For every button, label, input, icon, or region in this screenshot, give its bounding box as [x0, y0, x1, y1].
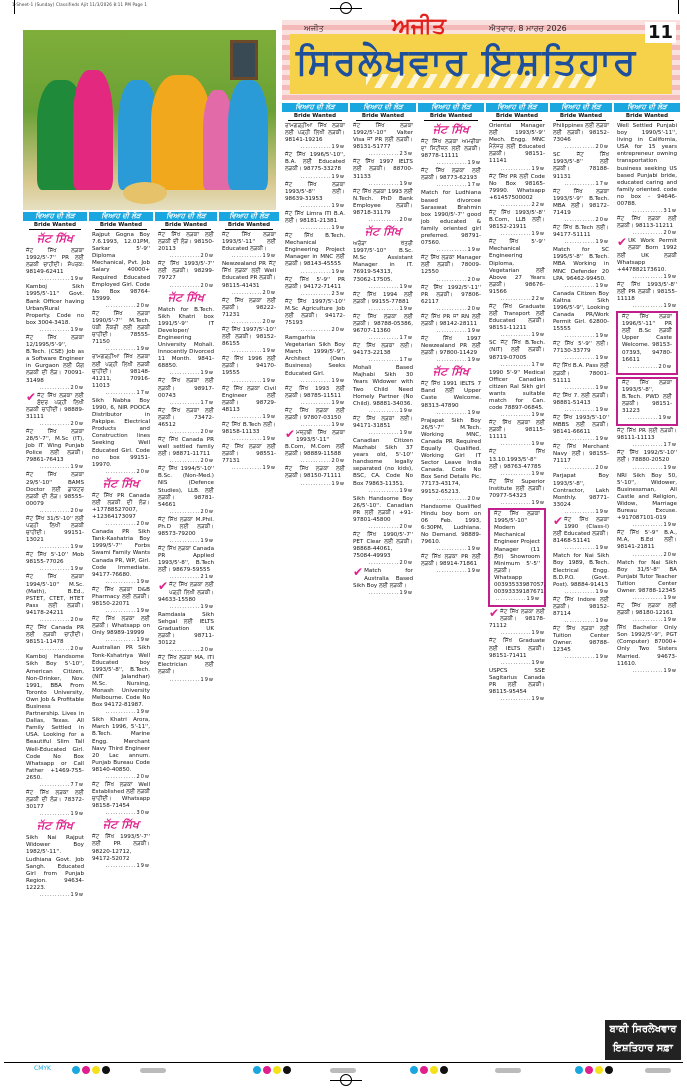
- column-subheader: Bride Wanted: [424, 113, 478, 121]
- ad-text: ਜੱਟ ਸਿੱਖ PR Canada ਲਈ ਲੜਕੀ ਦੀ ਲੋੜ। +1778…: [92, 493, 150, 520]
- classified-ad: Philippines ਲਈ ਲੜਕਾ ਲਈ ਲੜਕੀ। 98152-73046…: [550, 123, 612, 150]
- classified-ad: ਜੱਟ ਸਿੱਖ ਲੜਕਾ 1993/5'-8'', B.Tech. PWD ਲ…: [616, 377, 678, 426]
- classified-ad: ਜੱਟ ਸਿੱਖ ਲੜਕਾ 1993/5'-8'' ਲਈ। 98639-3195…: [282, 182, 348, 209]
- ad-text: ਜੱਟ ਸਿੱਖ 1997/5'-10'' M.Sc Agriculture J…: [285, 299, 345, 326]
- ad-text: ਜੱਟ ਸਿੱਖ 1996/5'-10'', B.A. ਲਈ Educated …: [285, 152, 345, 172]
- ad-word-count: ............20w: [158, 647, 214, 653]
- column-subheader: Bride Wanted: [356, 113, 410, 121]
- ad-word-count: ............19w: [553, 333, 609, 339]
- ad-word-count: ............19w: [553, 545, 609, 551]
- ad-text: ਜੱਟ ਸਿੱਖ 1993 ਲਈ ਲੜਕੀ। 98785-11511: [285, 386, 345, 399]
- column-subheader: Bride Wanted: [161, 222, 211, 230]
- ad-word-count: ............19w: [92, 608, 150, 614]
- classified-ad: ਜੱਟ ਸਿੱਖ 31/5'-10'' ਲਈ ਪੜ੍ਹੀ ਲਿਖੀ ਲੜਕੀ ਚ…: [23, 516, 87, 550]
- ad-text: Ramgarhia Vegetarian Sikh Boy March 1999…: [285, 335, 345, 376]
- ad-text: Prajapat Sikh Boy 26/5'-7'' M.Tech. Work…: [421, 418, 481, 495]
- classified-ad: ਜੱਟ ਸਿੱਖ ਲੜਕਾ Well Established ਲਈ ਲੜਕੀ ਚ…: [89, 782, 153, 816]
- ad-text: ਜੱਟ ਸਿੱਖ ਲੜਕਾ ਲਈ ਲੜਕੀ। 98788-05386, 9670…: [353, 314, 413, 334]
- classified-ad: Prajapat Sikh Boy 26/5'-7'' M.Tech. Work…: [418, 418, 484, 502]
- category-banner: ਜੱਟ ਸਿੱਖ: [350, 225, 416, 239]
- column-header: ਵਿਆਹ ਦੀ ਲੋੜ: [418, 103, 484, 112]
- classified-ad: ਜੱਟ ਸਿੱਖ ਲੜਕਾ ਲਈ ਲੜਕੀ। 98551-77131......…: [219, 444, 279, 471]
- classified-ad: ਜੱਟ ਸਿੱਖ ਲੜਕਾ ਲਈ। 94173-22138...........…: [350, 343, 416, 363]
- ad-word-count: ............17w: [617, 442, 677, 448]
- classified-ad: ਜੱਟ ਸਿੱਖ 5'-9'' B.A., M.A, B.Ed ਲਈ। 9814…: [614, 530, 680, 557]
- ad-column-3: ਵਿਆਹ ਦੀ ਲੋੜBride Wantedਜੱਟ ਸਿੱਖ ਲੜਕਾ ਲਈ …: [155, 212, 217, 1060]
- classified-ad: ਜੱਟ ਸਿੱਖ Indore ਲਈ ਲੜਕੀ। 98152-87114....…: [550, 597, 612, 624]
- ad-word-count: ............19w: [222, 253, 276, 259]
- ad-text: ਜੱਟ ਸਿੱਖ Graduate ਲਈ Transport ਲਈ Educat…: [489, 304, 545, 331]
- ad-word-count: ............19w: [285, 203, 345, 209]
- ad-text: ਜੱਟ ਸਿੱਖ 1992/5'-10'' ਲਈ। 78880-20520: [617, 450, 677, 463]
- ad-text: Australian PR Sikh Tonk-Kshatriya Well E…: [92, 645, 150, 708]
- color-registration-dots: [575, 1066, 613, 1074]
- ad-text: ਜੱਟ ਸਿੱਖ B.Tech ਲਈ। 94177-51111: [553, 225, 609, 238]
- ad-word-count: ............19w: [489, 441, 545, 447]
- classified-ad: ਜੱਟ ਸਿੱਖ ਲੜਕਾ ਲਈ ਲੜਕੀ ਦੀ ਲੋੜ। 78372-3017…: [23, 790, 87, 817]
- classified-ad: Well Settled Punjabi boy 1990/5'-11'', l…: [614, 123, 680, 214]
- classified-ad: ਜੱਟ ਸਿੱਖ ਲੜਕਾ 1994/5'-10'' M.Sc. (Math),…: [23, 574, 87, 623]
- classified-ad: ਜੱਟ ਸਿੱਖ Canada PR well settled family ਲ…: [155, 437, 217, 464]
- ad-word-count: ............19w: [92, 579, 150, 585]
- ad-column-7: ਵਿਆਹ ਦੀ ਲੋੜBride Wantedਜੱਟ ਸਿੱਖਜੱਟ ਸਿੱਖ …: [418, 103, 484, 1060]
- ad-word-count: ............19w: [92, 637, 150, 643]
- ad-text: Handsome Qualified Hindu boy born on 06 …: [421, 504, 481, 545]
- ad-word-count: ............19w: [285, 378, 345, 384]
- ad-text: ਜੱਟ ਸਿੱਖ B.Tech. Mechanical Engineering …: [285, 233, 345, 267]
- classified-ad: ਜੱਟ ਸਿੱਖ ਲੜਕਾ Canada PR Applied 1993/5'-…: [155, 546, 217, 580]
- ad-word-count: ............19w: [353, 306, 413, 312]
- ad-word-count: ............20w: [92, 469, 150, 475]
- ad-text: ਜੱਟ ਸਿੱਖ 5'-9'' PR ਲੜਕੀ। 94172-71411: [285, 277, 345, 290]
- ad-text: ਜੱਟ ਸਿੱਖ ਲੜਕਾ 1990/5'-7'' M.Tech. ਪੱਕੀ ਨ…: [92, 311, 150, 345]
- ad-text: ਜੱਟ ਸਿੱਖ ਲੜਕਾ 1993/5'-8'', B.Tech. PWD ਲ…: [622, 380, 672, 414]
- classified-ad: ਜੱਟ ਸਿੱਖ 1993/5'-8'' B.Com, LLB ਲਈ। 9815…: [486, 210, 548, 237]
- checkmark-icon: ✔: [158, 582, 168, 591]
- classified-ad: ✔UK Work Permit ਲੜਕਾ Born 1992 ਲਈ UK ਲੜਕ…: [614, 238, 680, 279]
- classified-ad: ਜੱਟ ਸਿੱਖ ਲੜਕਾ ਲਈ ਲੜਕੀ। 98788-05386, 9670…: [350, 314, 416, 341]
- column-subheader: Bride Wanted: [288, 113, 342, 121]
- classified-ad: ਜੱਟ ਸਿੱਖ PR ਜਾਂ RN ਲਈ ਲੜਕੀ। 98142-28111.…: [418, 314, 484, 334]
- classified-ad: ਜੱਟ ਸਿੱਖ 5'-9'' Mechanical Engineering D…: [486, 239, 548, 302]
- ad-text: Canada Citizen Boy Kaltna Sikh 1996/5'-9…: [553, 291, 609, 332]
- classified-ad: Match for Nai Sikh Boy 31/5'-8'' BA Punj…: [614, 560, 680, 601]
- ad-text: ਜੱਟ ਸਿੱਖ ਲੜਕਾ ਅਮਰੀਕਾ ਦਾ ਸਿਟੀਜ਼ਨ ਲਈ ਲੜਕੀ।…: [421, 139, 481, 159]
- ad-text: ਜੱਟ ਸਿੱਖ ਲੜਕਾ Well Established ਲਈ ਲੜਕੀ ਚ…: [92, 782, 150, 809]
- classified-ad: ਜੱਟ ਸਿੱਖ ਲੜਕਾ ਲਈ ਲੜਕੀ। 98115-11111......…: [486, 420, 548, 447]
- classified-ad: ਜੱਟ ਸਿੱਖ 1993/5'-7'' ਲਈ PR ਲੜਕੀ। 98220-1…: [89, 834, 153, 868]
- classified-ad: ਜੱਟ ਸਿੱਖ ਲੜਕਾ 1993 ਲਈ N.Tech. PhD Bank E…: [350, 189, 416, 223]
- classified-ad: ਸਿੱਖ Bachelor Only Son 1992/5'-9'', PGT …: [614, 625, 680, 674]
- classified-ad: ਜੱਟ ਸਿੱਖ 7. ਲਈ ਲੜਕੀ। 98881-51413........…: [550, 393, 612, 413]
- section-title: ਸਿਰਲੇਖਵਾਰ ਇਸ਼ਤਿਹਾਰ: [296, 42, 637, 84]
- ad-text: ਜੱਟ ਸਿੱਖ 5'-10'' Mob 98155-77026: [26, 552, 84, 565]
- ad-word-count: ............19w: [26, 811, 84, 817]
- ad-text: Philippines ਲਈ ਲੜਕਾ ਲਈ ਲੜਕੀ। 98152-73046: [553, 123, 609, 143]
- paper-name-small: ਅਜੀਤ: [304, 24, 324, 34]
- ad-text: ਜੱਟ ਸਿੱਖ 1990/5'-7'' PET Clear ਲਈ ਲੜਕੀ। …: [353, 532, 413, 559]
- classified-ad: NRI Sikh Boy 50, 5'-10'', Widower, Busin…: [614, 473, 680, 529]
- ad-text: Canada PR Sikh Tank-Kashatria Boy 1999/5…: [92, 529, 150, 578]
- ad-word-count: ............19w: [353, 284, 413, 290]
- classified-ad: ਜੱਟ ਸਿੱਖ B.Tech. Mechanical Engineering …: [282, 233, 348, 274]
- ad-word-count: ............20w: [285, 458, 345, 464]
- classified-ad: Canada Citizen Boy Kaltna Sikh 1996/5'-9…: [550, 291, 612, 340]
- classified-ad: Ramdasia Sikh Sehgal ਲਈ IELTS Graduation…: [155, 612, 217, 653]
- classified-ad: ਜੱਟ ਸਿੱਖ Limra ITI B.A. ਲਈ। 98181-21381.…: [282, 211, 348, 231]
- ad-word-count: ............19w: [285, 225, 345, 231]
- ad-text: ਜੱਟ ਸਿੱਖ ਲੜਕਾ ਲਈ ਲੜਕੀ। 98115-11111: [489, 420, 545, 440]
- ad-word-count: ............19w: [285, 400, 345, 406]
- painting-illustration: [23, 30, 276, 210]
- classified-ad: ਜੱਟ ਸਿੱਖ ਲੜਕਾ Civil Engineer ਲਈ ਲੜਕੀ। 98…: [219, 386, 279, 420]
- ad-word-count: ............19w: [158, 604, 214, 610]
- ad-word-count: ............19w: [617, 668, 677, 674]
- ad-word-count: ............19w: [92, 709, 150, 715]
- ad-text: ਜੱਟ ਸਿੱਖ ਲੜਕਾ 1993/5'-8'' ਲਈ। 98639-3195…: [285, 182, 345, 202]
- ad-text: ਜੱਟ ਸਿੱਖ ਲੜਕਾ 1996/5'-11'' PR ਲਈ B.Sc ਲੜ…: [622, 314, 672, 363]
- ad-word-count: ............22w: [489, 202, 545, 208]
- classified-ad: ਜੱਟ ਸਿੱਖ 5'-10'' Mob 98155-77026........…: [23, 552, 87, 572]
- ad-word-count: ............17w: [158, 400, 214, 406]
- ad-word-count: ............19w: [285, 144, 345, 150]
- ad-word-count: ............23w: [353, 151, 413, 157]
- ad-word-count: ............19w: [421, 410, 481, 416]
- ad-word-count: ............20w: [92, 521, 150, 527]
- ad-word-count: ............20w: [421, 306, 481, 312]
- ad-text: ਜੱਟ ਸਿੱਖ 1991 IELTS 7 Band ਲਈ Upper Cast…: [421, 381, 481, 408]
- ad-text: Sikh Nai Rajput Widower Boy 1982/5'-11''…: [26, 835, 84, 891]
- ad-word-count: ............19w: [285, 174, 345, 180]
- ad-text: ਜੱਟ ਸਿੱਖ 1997 Newzealand PR ਲਈ ਲੜਕੀ। 978…: [421, 336, 481, 356]
- ad-word-count: ............19w: [489, 166, 545, 172]
- ad-word-count: ............17w: [353, 357, 413, 363]
- ad-word-count: ............17w: [553, 181, 609, 187]
- ad-word-count: ............20w: [158, 509, 214, 515]
- column-header: ਵਿਆਹ ਦੀ ਲੋੜ: [155, 212, 217, 221]
- classified-ad: Handsome Qualified Hindu boy born on 06 …: [418, 504, 484, 553]
- ad-text: ਜੱਟ ਸਿੱਖ ਲੜਕਾ ਲਈ ਲੜਕੀ। 98150-71111: [285, 466, 345, 479]
- ad-word-count: ............19w: [285, 481, 345, 487]
- classified-ad: Ramgarhia Vegetarian Sikh Boy March 1999…: [282, 335, 348, 384]
- classified-ad: ਜੱਟ ਸਿੱਖ ਲੜਕਾ 1992/5'-7'' PR ਲਈ ਲੜਕੀ ਚਾਹ…: [23, 248, 87, 282]
- classified-ad: ਜੱਟ ਸਿੱਖ ਲੜਕਾ ਲਈ ਲੜਕੀ। 98150-71111......…: [282, 466, 348, 486]
- ad-word-count: ............19w: [553, 618, 609, 624]
- ad-text: ਜੱਟ ਸਿੱਖ ਲੜਕਾ ਲਈ ਲੜਕੀ। 98551-77131: [222, 444, 276, 464]
- ad-text: ਜੱਟ ਸਿੱਖ ਲੜਕਾ ਲਈ ਲੜਕੀ ਦੀ ਲੋੜ। 98150-2011…: [158, 232, 214, 252]
- ad-text: ਜੱਟ ਸਿੱਖ ਲੜਕਾ ਲਈ। 94173-22138: [353, 343, 413, 356]
- ad-text: ਜੱਟ ਸਿੱਖ 5'-9'' Mechanical Engineering D…: [489, 239, 545, 295]
- ad-text: ਜੱਟ ਸਿੱਖ ਲੜਕਾ ਲਈ Tuition Center Owner. 9…: [553, 626, 609, 653]
- paper-logo: ਅਜੀਤ: [392, 14, 446, 39]
- ad-word-count: ............20w: [222, 290, 276, 296]
- ad-word-count: ............20w: [285, 327, 345, 333]
- ad-text: ਜੱਟ ਸਿੱਖ ਲੜਕਾ 1992/5'-7'' PR ਲਈ ਲੜਕੀ ਚਾਹ…: [26, 248, 84, 275]
- ad-word-count: ............31w: [617, 208, 677, 214]
- classified-ad: ਰਾਮਗੜ੍ਹੀਆ ਸਿੱਖ ਲੜਕਾ ਲਈ ਪੜ੍ਹੀ ਲਿਖੀ ਲੜਕੀ। …: [282, 123, 348, 150]
- column-header: ਵਿਆਹ ਦੀ ਲੋੜ: [614, 103, 680, 112]
- ad-word-count: ............19w: [421, 160, 481, 166]
- classified-ad: ਜੱਟ ਸਿੱਖ B.A. Pass ਲਈ ਲੜਕੀ। 78001-51111.…: [550, 363, 612, 390]
- ad-text: ਜੱਟ ਸਿੱਖ ਲੜਕਾ ਲਈ ਲੜਕੀ। 97807-03150: [285, 408, 345, 421]
- ad-text: Match for B.Tech. Sikh Khatri box 1991/5…: [158, 307, 214, 370]
- ad-text: Well Settled Punjabi boy 1990/5'-11'', l…: [617, 123, 677, 207]
- ad-word-count: ............19w: [489, 660, 545, 666]
- checkmark-icon: ✔: [26, 393, 36, 402]
- ad-word-count: ............20w: [92, 774, 150, 780]
- classified-ad: ਜੱਟ ਸਿੱਖ ਲੜਕਾ M.Phil. Ph.D ਲਈ ਲੜਕੀ। 9857…: [155, 517, 217, 544]
- ad-text: ਜੱਟ ਸਿੱਖ ਲੜਕਾ Civil Engineer ਲਈ ਲੜਕੀ। 98…: [222, 386, 276, 413]
- classified-ad: USPCS SSE Sagitarius Canada PR ਲਈ ਲੜਕੀ। …: [486, 668, 548, 702]
- ad-text: ਜੱਟ ਸਿੱਖ ਲੜਕਾ 1993/5'-9'' B.Tech. MBA ਲਈ…: [553, 189, 609, 216]
- ad-word-count: ............19w: [489, 412, 545, 418]
- category-banner: ਜੱਟ ਸਿੱਖ: [418, 365, 484, 379]
- ad-text: Canadian Citizen Mazhabi Sikh 37 years o…: [353, 438, 413, 487]
- classified-ad: ਰਾਮਗੜ੍ਹੀਆ ਸਿੱਖ ਲੜਕਾ ਲਈ ਪੜ੍ਹੀ ਲਿਖੀ ਲੜਕੀ ਚ…: [89, 354, 153, 395]
- category-banner: ਜੱਟ ਸਿੱਖ: [155, 291, 217, 305]
- ad-text: SC ਜੱਟ ਸਿੱਖ 1993/5'-8'' ਲਈ ਲੜਕੀ। 78188-9…: [553, 152, 609, 179]
- classified-ad: Match for Ludhiana based divorcee Sarasw…: [418, 190, 484, 253]
- checkmark-icon: ✔: [617, 238, 627, 247]
- ad-word-count: ............17w: [489, 362, 545, 368]
- ad-text: ਜੱਟ ਸਿੱਖ Canada PR ਲਈ ਲੜਕੀ ਚਾਹੀਦੀ। 98151…: [26, 625, 84, 645]
- classified-ad: ਜੱਟ ਸਿੱਖ ਲੜਕਾ MA, ITI Electrician ਲਈ ਲੜਕ…: [155, 655, 217, 682]
- ad-word-count: ............19w: [553, 654, 609, 660]
- classified-ad: ਜੱਟ ਸਿੱਖ B.Tech ਲਈ। 98158-11133.........…: [219, 422, 279, 442]
- classified-ad: ✔ਜੱਟ ਸਿੱਖ ਲੜਕਾ ਲਈ ਸੁੰਦਰ ਪੜ੍ਹੀ ਲਿਖੀ ਲੜਕੀ …: [23, 393, 87, 427]
- ad-word-count: ............17w: [353, 335, 413, 341]
- ad-word-count: ............19w: [494, 596, 540, 602]
- ad-text: ਜੱਟ ਸਿੱਖ 31/5'-10'' ਲਈ ਪੜ੍ਹੀ ਲਿਖੀ ਲੜਕੀ ਚ…: [26, 516, 84, 543]
- ad-word-count: ............19w: [553, 589, 609, 595]
- classified-ad: ਜੱਟ ਸਿੱਖ ਲੜਕਾ 1995/5'-10'' Modern Mechan…: [488, 508, 546, 607]
- classified-ad: ਜੱਟ ਸਿੱਖ ਲੜਕਾ ਲਈ। 94171-31851...........…: [350, 416, 416, 436]
- classified-ad: ਜੱਟ ਸਿੱਖ Canada PR ਲਈ ਲੜਕੀ ਚਾਹੀਦੀ। 98151…: [23, 625, 87, 652]
- ad-word-count: ............19w: [222, 348, 276, 354]
- category-banner: ਜੱਟ ਸਿੱਖ: [23, 232, 87, 246]
- classified-ad: Kamboj Handsome Sikh Boy 5'-10'', Americ…: [23, 654, 87, 788]
- classified-ad: Australian PR Sikh Tonk-Kshatriya Well E…: [89, 645, 153, 715]
- ad-text: 1990 5'-9'' Medical Officer Canadian cit…: [489, 370, 545, 411]
- ad-text: Kamboj Handsome Sikh Boy 5'-10'', Americ…: [26, 654, 84, 781]
- ad-word-count: ............20w: [26, 421, 84, 427]
- classified-ad: ਜੱਟ ਸਿੱਖ 1993/5'-8'' ਲਈ PR ਲੜਕੀ। 98155-1…: [614, 282, 680, 309]
- classified-ad: ਜੱਟ ਸਿੱਖ ਲੜਕਾ 1996/5'-11'' PR ਲਈ B.Sc ਲੜ…: [616, 311, 678, 375]
- ad-word-count: ............19w: [617, 274, 677, 280]
- ad-word-count: ............19w: [222, 436, 276, 442]
- registration-mark: [340, 2, 352, 14]
- category-banner: ਜੱਟ ਸਿੱਖ: [89, 477, 153, 491]
- ad-text: ਜੱਟ ਸਿੱਖ PR ਜਾਂ RN ਲਈ ਲੜਕੀ। 98142-28111: [421, 314, 481, 327]
- ad-column-10: ਵਿਆਹ ਦੀ ਲੋੜBride WantedWell Settled Punj…: [614, 103, 680, 1018]
- ad-word-count: ............19w: [285, 269, 345, 275]
- classified-ad: Mohali Based Majhabi Sikh 30 Years Widow…: [350, 365, 416, 414]
- ad-text: ਜੱਟ ਸਿੱਖ ਲੜਕਾ 1992/5'-10'' Valter Visa ਜ…: [353, 123, 413, 150]
- ad-word-count: ............22w: [489, 296, 545, 302]
- classified-ad: ਜੱਟ ਸਿੱਖ 1990/5'-7'' PET Clear ਲਈ ਲੜਕੀ। …: [350, 532, 416, 566]
- column-header: ਵਿਆਹ ਦੀ ਲੋੜ: [350, 103, 416, 112]
- color-registration-dots: [72, 1066, 110, 1074]
- classified-ad: ਜੱਟ ਸਿੱਖ 5'-9'' ਲਈ। 77130-33779.........…: [550, 341, 612, 361]
- classified-ad: Sikh Nai Rajput Widower Boy 1982/5'-11''…: [23, 835, 87, 898]
- ad-word-count: ............20w: [158, 253, 214, 259]
- ad-word-count: ............19w: [553, 283, 609, 289]
- ad-word-count: ............19w: [421, 546, 481, 552]
- ad-word-count: ............20w: [553, 144, 609, 150]
- ad-column-4: ਵਿਆਹ ਦੀ ਲੋੜBride Wantedਜੱਟ ਸਿੱਖ ਲੜਕਾ 199…: [219, 212, 279, 1060]
- classified-ad: Kamboj Sikh 1995/5'-11'' Govt. Bank Offi…: [23, 284, 87, 333]
- ad-text: ਜੱਟ ਸਿੱਖ ਲੜਕਾ 1993/5'-11'' ਲਈ Educated ਲ…: [222, 232, 276, 252]
- classified-ad: Oriental Manager ਲਈ 1993/5'-9'' Mech. En…: [486, 123, 548, 172]
- ad-column-5: ਵਿਆਹ ਦੀ ਲੋੜBride Wantedਰਾਮਗੜ੍ਹੀਆ ਸਿੱਖ ਲੜ…: [282, 103, 348, 1060]
- ad-text: ਜੱਟ ਸਿੱਖ ਲੜਕਾ ਲਈ ਲੜਕੀ। 98917-00743: [158, 378, 214, 398]
- ad-text: ਜੱਟ ਸਿੱਖ 1992/5'-11'' PR ਲੜਕੀ। 97806-621…: [421, 285, 481, 305]
- ad-text: Rajput Gogna Boy 7.6.1993, 12.01PM, Sark…: [92, 232, 150, 302]
- column-header: ਵਿਆਹ ਦੀ ਲੋੜ: [550, 103, 612, 112]
- window-in-painting: [230, 40, 258, 80]
- classified-ad: ✔Match for Australia Based Sikh Boy ਲਈ ਲ…: [350, 568, 416, 595]
- ad-word-count: ............19w: [222, 378, 276, 384]
- ad-text: ਜੱਟ ਸਿੱਖ 1993/5'-7'' ਲਈ ਲੜਕੀ। 98299-7972…: [158, 261, 214, 281]
- ad-text: Parjapat Boy 1993/5'-8'', Contractor, La…: [553, 473, 609, 507]
- classified-ad: ਜੱਟ ਸਿੱਖ ਲੜਕਾ PR ਲਈ ਲੜਕੀ। 98914-71861...…: [418, 554, 484, 574]
- ad-text: ਸਿੱਖ Bachelor Only Son 1992/5'-9'', PGT …: [617, 625, 677, 666]
- ad-text: USPCS SSE Sagitarius Canada PR ਲਈ ਲੜਕੀ। …: [489, 668, 545, 695]
- classified-ad: Sikh Khatri Arora, March 1996, 5'-11'', …: [89, 717, 153, 780]
- classified-ad: ✔ਜੱਟ ਸਿੱਖ ਲੜਕਾ ਲਈ ਪੜ੍ਹੀ ਲਿਖੀ ਲੜਕੀ। 94633…: [155, 582, 217, 609]
- classified-ad: Parjapat Boy 1993/5'-8'', Contractor, La…: [550, 473, 612, 514]
- ad-word-count: ............19w: [26, 544, 84, 550]
- classified-ad: Rajput Gogna Boy 7.6.1993, 12.01PM, Sark…: [89, 232, 153, 309]
- ad-text: ਜੱਟ ਸਿੱਖ ਲੜਕਾ ਲਈ ਲੜਕੀ। Whatsapp on Only …: [92, 616, 150, 636]
- ad-text: ਜੱਟ ਸਿੱਖ Indore ਲਈ ਲੜਕੀ। 98152-87114: [553, 597, 609, 617]
- ad-text: SC ਜੱਟ ਸਿੱਖ B.Tech. (NIT) ਲਈ ਲੜਕੀ। 98719…: [489, 340, 545, 360]
- continued-promo-box: ਬਾਕੀ ਸਿਰਲੇਖਵਾਰ ਇਸ਼ਤਿਹਾਰ ਸਫ਼ਾ 12 ਤੇ: [605, 1020, 681, 1060]
- color-registration-dots: [253, 1066, 291, 1074]
- ad-text: ਜੱਟ ਸਿੱਖ 13.10.1993/5'-8'' ਲਈ। 98763-477…: [489, 449, 545, 469]
- classified-ad: ਜੱਟ ਸਿੱਖ 1997 IELTS ਲਈ ਲੜਕੀ। 88700-31133…: [350, 159, 416, 186]
- color-registration-dots: [410, 1066, 448, 1074]
- ad-text: ਜੱਟ ਸਿੱਖ 1996 ਲਈ ਲੜਕੀ। 94170-19555: [222, 356, 276, 376]
- ad-text: ਜੱਟ ਸਿੱਖ ਲੜਕਾ MA, ITI Electrician ਲਈ ਲੜਕ…: [158, 655, 214, 675]
- ad-word-count: ............17w: [92, 390, 150, 396]
- column-subheader: Bride Wanted: [556, 113, 606, 121]
- ad-word-count: ............19w: [622, 415, 672, 421]
- classified-ad: ਜੱਟ ਸਿੱਖ ਲੜਕਾ ਲਈ ਲੜਕੀ। 98917-00743......…: [155, 378, 217, 405]
- classified-ad: ਜੱਟ ਸਿੱਖ ਲੜਕਾ D&B Pharmacy ਲਈ ਲੜਕੀ। 9815…: [89, 587, 153, 614]
- ad-text: ਜੱਟ ਸਿੱਖ 1993/5'-8'' B.Com, LLB ਲਈ। 9815…: [489, 210, 545, 230]
- ad-word-count: ............19w: [353, 590, 413, 596]
- cmyk-label: CMYK: [34, 1065, 51, 1072]
- ad-column-6: ਵਿਆਹ ਦੀ ਲੋੜBride Wantedਜੱਟ ਸਿੱਖ ਲੜਕਾ 199…: [350, 103, 416, 1060]
- classified-ad: ਜੱਟ ਸਿੱਖ 13.10.1993/5'-8'' ਲਈ। 98763-477…: [486, 449, 548, 476]
- ad-word-count: ............19w: [489, 471, 545, 477]
- ad-text: ਜੱਟ ਸਿੱਖ Canada PR well settled family ਲ…: [158, 437, 214, 457]
- ad-text: ਜੱਟ ਸਿੱਖ 1994/5'-10'' B.Sc. (Non-Med.) N…: [158, 466, 214, 507]
- ad-word-count: ............19w: [26, 566, 84, 572]
- classified-ad: SC ਜੱਟ ਸਿੱਖ 1993/5'-8'' ਲਈ ਲੜਕੀ। 78188-9…: [550, 152, 612, 186]
- classified-ad: ਜੱਟ ਸਿੱਖ 1994/5'-10'' B.Sc. (Non-Med.) N…: [155, 466, 217, 515]
- ad-text: ਜੱਟ ਸਿੱਖ ਲੜਕਾ Manager ਲਈ ਲੜਕੀ। 78009-125…: [421, 255, 481, 275]
- ad-word-count: ............19w: [617, 303, 677, 309]
- category-banner: ਜੱਟ ਸਿੱਖ: [89, 818, 153, 832]
- ad-word-count: ............20w: [553, 217, 609, 223]
- classified-ad: Match for B.Tech. Sikh Khatri box 1991/5…: [155, 307, 217, 377]
- ad-text: ਜੱਟ ਸਿੱਖ PR ਲਈ Code No Box 98165-79990. …: [489, 174, 545, 201]
- ad-word-count: ............17w: [421, 182, 481, 188]
- ad-text: Kamboj Sikh 1995/5'-11'' Govt. Bank Offi…: [26, 284, 84, 325]
- basket: [123, 182, 167, 204]
- checkmark-icon: ✔: [553, 517, 563, 526]
- ad-text: ਰਾਮਗੜ੍ਹੀਆ ਸਿੱਖ ਲੜਕਾ ਲਈ ਪੜ੍ਹੀ ਲਿਖੀ ਲੜਕੀ ਚ…: [92, 354, 150, 388]
- ad-word-count: ............19w: [222, 465, 276, 471]
- ad-word-count: ............19w: [421, 328, 481, 334]
- classified-ad: ਜੱਟ ਸਿੱਖ 1997/5'-10'' ਲਈ ਲੜਕੀ। 98152-861…: [219, 327, 279, 354]
- ad-word-count: ............19w: [553, 436, 609, 442]
- ad-column-1: ਵਿਆਹ ਦੀ ਲੋੜBride Wantedਜੱਟ ਸਿੱਖਜੱਟ ਸਿੱਖ …: [23, 212, 87, 1060]
- ad-word-count: ............19w: [489, 696, 545, 702]
- ad-word-count: ............19w: [158, 677, 214, 683]
- column-header: ਵਿਆਹ ਦੀ ਲੋੜ: [23, 212, 87, 221]
- crop-mark: [14, 0, 15, 14]
- ad-text: ਜੱਟ ਸਿੱਖ 1997 IELTS ਲਈ ਲੜਕੀ। 88700-31133: [353, 159, 413, 179]
- ad-word-count: ............20w: [158, 283, 214, 289]
- ad-word-count: ............23w: [285, 291, 345, 297]
- ad-text: ਜੱਟ ਸਿੱਖ ਲੜਕਾ 1995/5'-10'' Modern Mechan…: [494, 511, 546, 595]
- classified-ad: Newzealand PR ਜੱਟ ਸਿੱਖ ਲੜਕਾ ਲਈ Well Educ…: [219, 261, 279, 295]
- classified-ad: ਜੱਟ ਸਿੱਖ ਲੜਕਾ ਲਈ ਲੜਕੀ। 98773-62193......…: [418, 168, 484, 188]
- classified-ad: Canadian Citizen Mazhabi Sikh 37 years o…: [350, 438, 416, 494]
- ad-text: ਜੱਟ ਸਿੱਖ B.A. Pass ਲਈ ਲੜਕੀ। 78001-51111: [553, 363, 609, 383]
- ad-text: ਜੱਟ ਸਿੱਖ 1993/5'-7'' ਲਈ PR ਲੜਕੀ। 98220-1…: [92, 834, 150, 861]
- classified-ad: ਜੱਟ ਸਿੱਖ ਲੜਕਾ ਲਈ ਲੜਕੀ। Whatsapp on Only …: [89, 616, 153, 643]
- ad-text: ਜੱਟ ਸਿੱਖ 1993/5'-8'' ਲਈ PR ਲੜਕੀ। 98155-1…: [617, 282, 677, 302]
- ad-word-count: ............30w: [92, 810, 150, 816]
- ad-text: ਜੱਟ ਸਿੱਖ 5'-9'' B.A., M.A, B.Ed ਲਈ। 9814…: [617, 530, 677, 550]
- classified-ad: ਜੱਟ ਸਿੱਖ ਲੜਕਾ 29/5'-10'' BAMS Doctor ਲਈ …: [23, 472, 87, 513]
- classified-ad: ਜੱਟ ਸਿੱਖ 5'-9'' PR ਲੜਕੀ। 94172-71411....…: [282, 277, 348, 297]
- ad-word-count: ............19w: [553, 385, 609, 391]
- ad-text: ਜੱਟ ਸਿੱਖ B.Tech ਲਈ। 98158-11133: [222, 422, 276, 435]
- ad-text: ਜੱਟ ਸਿੱਖ ਲੜਕਾ 29/5'-10'' BAMS Doctor ਲਈ …: [26, 472, 84, 506]
- classified-ad: ਜੱਟ ਸਿੱਖ 1997 Newzealand PR ਲਈ ਲੜਕੀ। 978…: [418, 336, 484, 363]
- ad-text: Match for Ludhiana based divorcee Sarasw…: [421, 190, 481, 246]
- classified-ad: ਜੱਟ ਸਿੱਖ Merchant Navy ਲਈ। 98155-71117..…: [550, 444, 612, 471]
- category-banner: ਜੱਟ ਸਿੱਖ: [418, 123, 484, 137]
- classified-ad: ਜੱਟ ਸਿੱਖ ਲੜਕਾ 1992/5'-10'' Valter Visa ਜ…: [350, 123, 416, 157]
- masthead: ਅਜੀਤ ਅਜੀਤ ਐਤਵਾਰ, 8 ਮਾਰਚ 2026 11 ਸਿਰਲੇਖਵਾ…: [282, 20, 680, 100]
- ad-word-count: ............19w: [421, 357, 481, 363]
- ad-text: Mohali Based Majhabi Sikh 30 Years Widow…: [353, 365, 413, 406]
- classified-ad: ਜੱਟ ਸਿੱਖ ਲੜਕਾ 12/1995/5'-9'', B.Tech. (C…: [23, 335, 87, 391]
- ad-word-count: ............19w: [26, 327, 84, 333]
- ad-word-count: ............19w: [158, 370, 214, 376]
- classified-ad: ਜੱਟ ਸਿੱਖ PR Canada ਲਈ ਲੜਕੀ ਦੀ ਲੋੜ। +1778…: [89, 493, 153, 527]
- column-header: ਵਿਆਹ ਦੀ ਲੋੜ: [219, 212, 279, 221]
- classified-ad: ਜੱਟ ਸਿੱਖ PR ਲਈ ਲੜਕੀ। 98111-11113........…: [614, 428, 680, 448]
- ad-word-count: ............19w: [26, 892, 84, 898]
- ad-word-count: ............20w: [353, 217, 413, 223]
- classified-ad: ਅਰੋੜਾ ਖੱਤਰੀ 1997/5'-10'' B.Sc. M.Sc Assi…: [350, 241, 416, 290]
- crop-mark: [678, 0, 679, 14]
- page-number: 11: [645, 22, 676, 43]
- ad-word-count: ............19w: [26, 464, 84, 470]
- ad-word-count: ............19w: [553, 239, 609, 245]
- ad-word-count: ............19w: [158, 538, 214, 544]
- ad-text: ਜੱਟ ਸਿੱਖ ਲੜਕਾ ਲਈ ਲੜਕੀ। 98180-12161: [617, 603, 677, 616]
- ad-word-count: ............20w: [553, 465, 609, 471]
- issue-date: ਐਤਵਾਰ, 8 ਮਾਰਚ 2026: [489, 24, 567, 34]
